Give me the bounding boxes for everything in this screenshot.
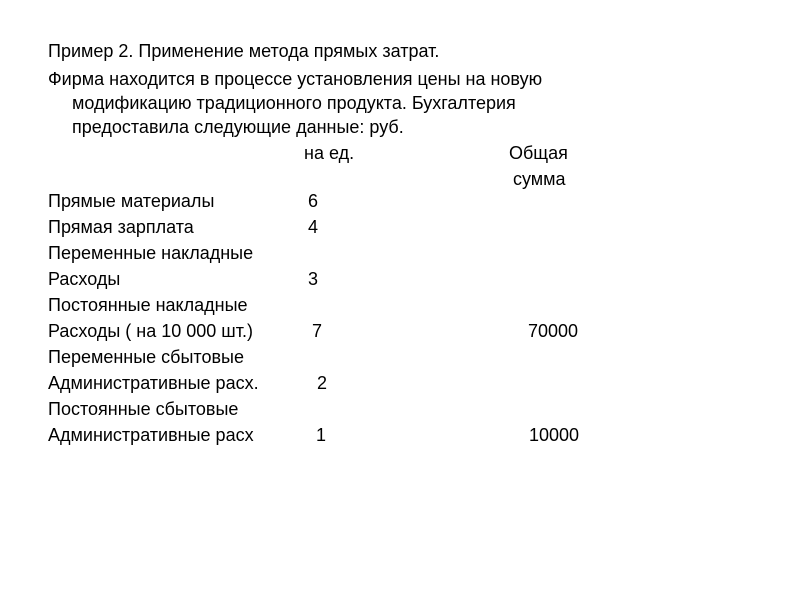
header-per-unit: на ед. [304, 142, 354, 164]
intro-line-3: предоставила следующие данные: руб. [72, 116, 404, 138]
row-label: Переменные сбытовые [48, 346, 244, 368]
row-per-unit: 4 [308, 216, 318, 238]
row-label: Постоянные накладные [48, 294, 248, 316]
page-title: Пример 2. Применение метода прямых затра… [48, 40, 439, 62]
row-label: Административные расх [48, 424, 254, 446]
row-per-unit: 6 [308, 190, 318, 212]
row-total: 10000 [529, 424, 579, 446]
row-label: Расходы ( на 10 000 шт.) [48, 320, 253, 342]
header-total-line1: Общая [509, 142, 568, 164]
row-label: Расходы [48, 268, 120, 290]
row-label: Прямые материалы [48, 190, 214, 212]
row-per-unit: 7 [312, 320, 322, 342]
intro-line-1: Фирма находится в процессе установления … [48, 68, 542, 90]
row-label: Переменные накладные [48, 242, 253, 264]
header-total-line2: сумма [513, 168, 566, 190]
row-total: 70000 [528, 320, 578, 342]
row-per-unit: 1 [316, 424, 326, 446]
row-per-unit: 3 [308, 268, 318, 290]
row-label: Административные расх. [48, 372, 259, 394]
row-per-unit: 2 [317, 372, 327, 394]
row-label: Прямая зарплата [48, 216, 194, 238]
row-label: Постоянные сбытовые [48, 398, 238, 420]
intro-line-2: модификацию традиционного продукта. Бухг… [72, 92, 516, 114]
